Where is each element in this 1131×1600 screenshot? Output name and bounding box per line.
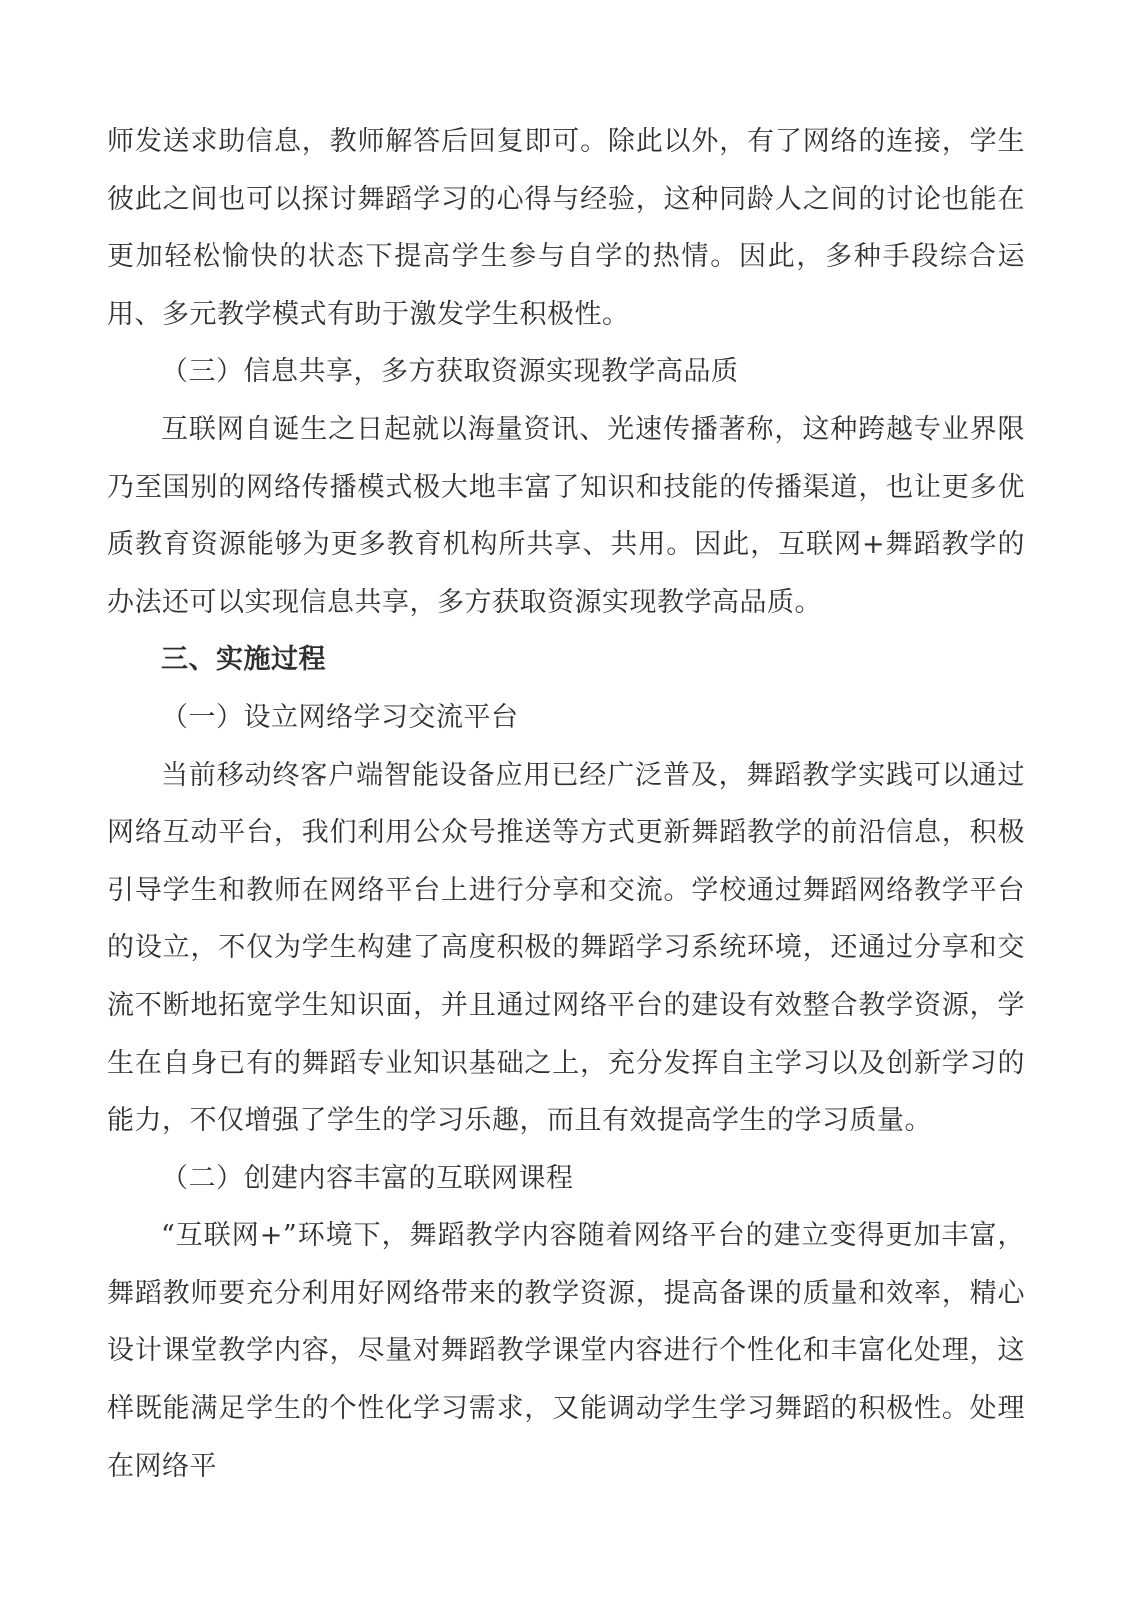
subheading-section-1: （一）设立网络学习交流平台 bbox=[107, 689, 1025, 747]
paragraph-continuation: 师发送求助信息，教师解答后回复即可。除此以外，有了网络的连接，学生彼此之间也可以… bbox=[107, 113, 1025, 343]
subheading-section-2: （二）创建内容丰富的互联网课程 bbox=[107, 1150, 1025, 1208]
paragraph-internet-courses: “互联网+”环境下，舞蹈教学内容随着网络平台的建立变得更加丰富，舞蹈教师要充分利… bbox=[107, 1207, 1025, 1495]
document-page: 师发送求助信息，教师解答后回复即可。除此以外，有了网络的连接，学生彼此之间也可以… bbox=[0, 0, 1131, 1600]
heading-implementation-process: 三、实施过程 bbox=[107, 631, 1025, 689]
subheading-section-3: （三）信息共享，多方获取资源实现教学高品质 bbox=[107, 343, 1025, 401]
paragraph-information-sharing: 互联网自诞生之日起就以海量资讯、光速传播著称，这种跨越专业界限乃至国别的网络传播… bbox=[107, 401, 1025, 631]
paragraph-network-platform: 当前移动终客户端智能设备应用已经广泛普及，舞蹈教学实践可以通过网络互动平台，我们… bbox=[107, 747, 1025, 1150]
